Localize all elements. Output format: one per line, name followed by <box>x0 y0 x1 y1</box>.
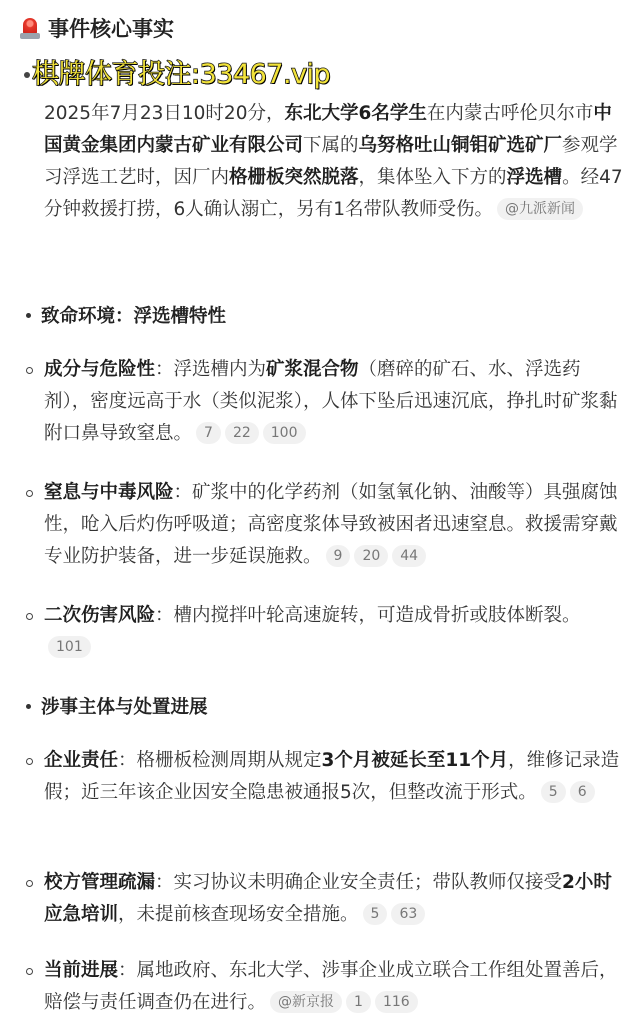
sub-item-text: 校方管理疏漏：实习协议未明确企业安全责任；带队教师仅接受2小时应急培训，未提前核… <box>44 867 622 931</box>
section-title-text: 事件核心事实 <box>48 13 174 43</box>
citation-tag[interactable]: 9 <box>326 545 351 567</box>
sub-item-text: 企业责任：格栅板检测周期从规定3个月被延长至11个月，维修记录造假；近三年该企业… <box>44 745 622 809</box>
emphasis-text: 矿浆混合物 <box>266 359 359 380</box>
emphasis-text: 3个月被延长至11个月 <box>322 750 509 771</box>
emphasis-text: 二次伤害风险 <box>44 605 155 626</box>
sub-bullet-icon <box>26 367 33 374</box>
citation-tag[interactable]: 63 <box>391 903 425 925</box>
body-text: 在内蒙古呼伦贝尔市 <box>427 103 594 124</box>
sub-bullet-icon <box>26 490 33 497</box>
bullet-heading: 致命环境：浮选槽特性 <box>26 302 226 328</box>
sub-item-text: 成分与危险性：浮选槽内为矿浆混合物（磨碎的矿石、水、浮选药剂），密度远高于水（类… <box>44 354 622 450</box>
sub-item: 企业责任：格栅板检测周期从规定3个月被延长至11个月，维修记录造假；近三年该企业… <box>26 745 622 809</box>
body-text: ：实习协议未明确企业安全责任；带队教师仅接受 <box>155 872 562 893</box>
emphasis-text: 企业责任 <box>44 750 118 771</box>
section-title: 事件核心事实 <box>20 12 174 44</box>
emphasis-text: 浮选槽 <box>507 167 563 188</box>
citation-tag[interactable]: 7 <box>196 422 221 444</box>
bullet-dot <box>26 313 31 318</box>
emphasis-text: 当前进展 <box>44 960 118 981</box>
body-text: ，未提前核查现场安全措施。 <box>118 904 359 925</box>
body-text: ：槽内搅拌叶轮高速旋转，可造成骨折或肢体断裂。 <box>155 605 581 626</box>
sub-bullet-icon <box>26 758 33 765</box>
body-text: ，集体坠入下方的 <box>359 167 507 188</box>
emphasis-text: 成分与危险性 <box>44 359 155 380</box>
sub-bullet-icon <box>26 613 33 620</box>
emphasis-text: 乌努格吐山铜钼矿选矿厂 <box>359 135 563 156</box>
body-text: 下属的 <box>303 135 359 156</box>
citation-tag[interactable]: 5 <box>541 781 566 803</box>
bullet-heading: 涉事主体与处置进展 <box>26 693 208 719</box>
spam-watermark-overlay: 棋牌体育投注:33467.vip <box>32 52 330 91</box>
body-text: 2025年7月23日10时20分， <box>44 103 284 124</box>
sub-item: 校方管理疏漏：实习协议未明确企业安全责任；带队教师仅接受2小时应急培训，未提前核… <box>26 867 622 931</box>
intro-paragraph: 2025年7月23日10时20分，东北大学6名学生在内蒙古呼伦贝尔市中国黄金集团… <box>44 98 624 226</box>
sub-item: 二次伤害风险：槽内搅拌叶轮高速旋转，可造成骨折或肢体断裂。101 <box>26 600 622 664</box>
sub-item: 成分与危险性：浮选槽内为矿浆混合物（磨碎的矿石、水、浮选药剂），密度远高于水（类… <box>26 354 622 450</box>
citation-tag[interactable]: 101 <box>48 636 91 658</box>
body-text: ：浮选槽内为 <box>155 359 266 380</box>
sub-bullet-icon <box>26 880 33 887</box>
citation-tag[interactable]: 6 <box>570 781 595 803</box>
source-tag[interactable]: @九派新闻 <box>497 198 583 220</box>
sub-item: 窒息与中毒风险：矿浆中的化学药剂（如氢氧化钠、油酸等）具强腐蚀性，呛入后灼伤呼吸… <box>26 477 622 573</box>
emphasis-text: 窒息与中毒风险 <box>44 482 174 503</box>
emphasis-text: 格栅板突然脱落 <box>229 167 359 188</box>
sub-bullet-icon <box>26 968 33 975</box>
sub-item: 当前进展：属地政府、东北大学、涉事企业成立联合工作组处置善后，赔偿与责任调查仍在… <box>26 955 622 1019</box>
citation-tag[interactable]: 44 <box>392 545 426 567</box>
citation-tag[interactable]: 1 <box>346 991 371 1013</box>
citation-tag[interactable]: 116 <box>375 991 418 1013</box>
bullet-dot <box>24 72 30 78</box>
siren-icon <box>20 16 40 40</box>
citation-tag[interactable]: 22 <box>225 422 259 444</box>
sub-item-text: 窒息与中毒风险：矿浆中的化学药剂（如氢氧化钠、油酸等）具强腐蚀性，呛入后灼伤呼吸… <box>44 477 622 573</box>
citation-tag[interactable]: 100 <box>263 422 306 444</box>
bullet-heading-text: 涉事主体与处置进展 <box>41 693 208 719</box>
body-text: ：格栅板检测周期从规定 <box>118 750 322 771</box>
emphasis-text: 校方管理疏漏 <box>44 872 155 893</box>
sub-item-text: 二次伤害风险：槽内搅拌叶轮高速旋转，可造成骨折或肢体断裂。101 <box>44 600 622 664</box>
bullet-heading-text: 致命环境：浮选槽特性 <box>41 302 226 328</box>
bullet-dot <box>26 704 31 709</box>
citation-tag[interactable]: 20 <box>354 545 388 567</box>
sub-item-text: 当前进展：属地政府、东北大学、涉事企业成立联合工作组处置善后，赔偿与责任调查仍在… <box>44 955 622 1019</box>
source-tag[interactable]: @新京报 <box>270 991 342 1013</box>
emphasis-text: 东北大学6名学生 <box>284 103 426 124</box>
citation-tag[interactable]: 5 <box>363 903 388 925</box>
